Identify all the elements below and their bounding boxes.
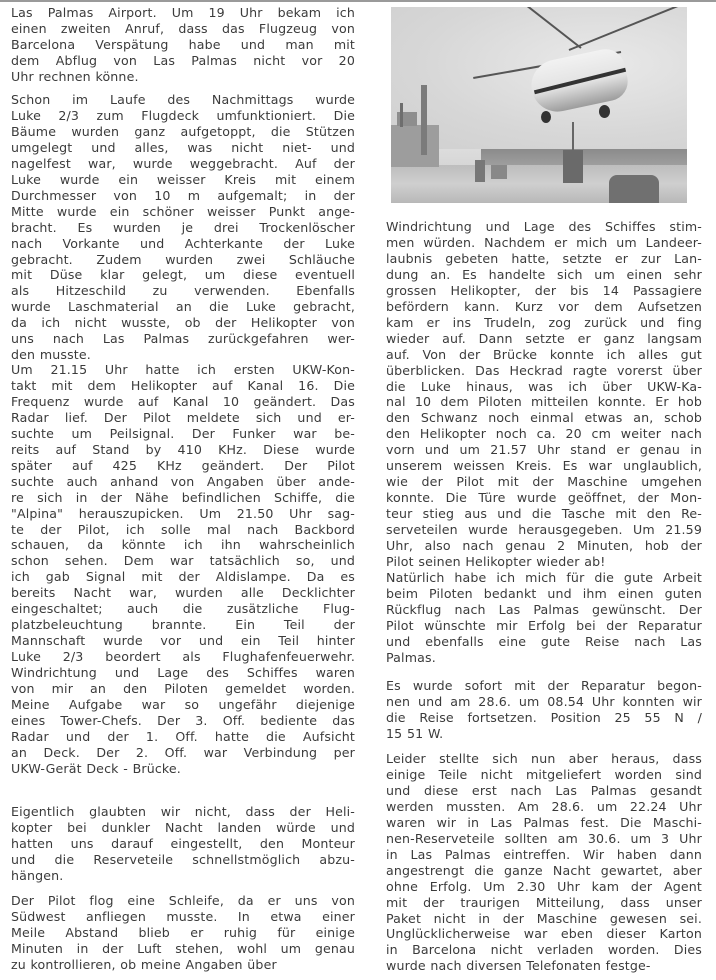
- text-line: schauen, da könnte ich ihn wahrscheinlic…: [11, 537, 355, 553]
- paragraph-missing-parts: Leider stellte sich nun aber heraus, das…: [386, 751, 702, 974]
- text-line: suchte um Peilsignal. Der Funker war be-: [11, 426, 355, 442]
- text-line: hatten uns darauf eingestellt, den Monte…: [11, 836, 355, 852]
- text-line: men würden. Nachdem er mich um Landeer-: [386, 235, 702, 251]
- text-line: laubnis gebeten hatte, setzte er zur Lan…: [386, 251, 702, 267]
- text-line: Barcelona Verspätung habe und man mit: [11, 37, 355, 53]
- text-line: vorn und um 21.57 Uhr stand er genau in: [386, 442, 702, 458]
- paragraph-airport-call: Las Palmas Airport. Um 19 Uhr bekam iche…: [11, 5, 355, 85]
- paragraph-flight-deck-prep: Schon im Laufe des Nachmittags wurdeLuke…: [11, 92, 355, 363]
- text-line: grossen Helikopter, der bis 14 Passagier…: [386, 283, 702, 299]
- text-line: Paket nicht in der Maschine gewesen sei.: [386, 911, 702, 927]
- text-line: 15 51 W.: [386, 726, 702, 742]
- text-line: Windrichtung und Lage des Schiffes waren: [11, 665, 355, 681]
- text-line: später auf 425 KHz geändert. Der Pilot: [11, 458, 355, 474]
- text-line: Schon im Laufe des Nachmittags wurde: [11, 92, 355, 108]
- text-line: Eigentlich glaubten wir nicht, dass der …: [11, 804, 355, 820]
- text-line: einige Teile nicht mitgeliefert worden s…: [386, 767, 702, 783]
- text-line: Mitte wurde ein schöner weisser Punkt an…: [11, 204, 355, 220]
- text-line: te der Pilot, ich solle mal nach Backbor…: [11, 522, 355, 538]
- text-line: wieder auf. Dann setzte er ganz langsam: [386, 331, 702, 347]
- text-line: bereits Nacht war, wurden alle Decklicht…: [11, 585, 355, 601]
- text-line: Meile Abstand blieb er ruhig für einige: [11, 925, 355, 941]
- text-line: Las Palmas Airport. Um 19 Uhr bekam ich: [11, 5, 355, 21]
- text-line: und die Reserveteile schnellstmöglich ab…: [11, 852, 355, 868]
- paragraph-radio-contact: Um 21.15 Uhr hatte ich ersten UKW-Kon-ta…: [11, 362, 355, 777]
- text-line: wurde Laschmaterial an die Luke gebracht…: [11, 299, 355, 315]
- text-line: Windrichtung und Lage des Schiffes stim-: [386, 219, 702, 235]
- text-line: mit der traurigen Mitteilung, dass unser: [386, 895, 702, 911]
- text-line: überblicken. Das Heckrad ragte vorerst ü…: [386, 363, 702, 379]
- text-line: Luke 2/3 beordert als Flughafenfeuerwehr…: [11, 649, 355, 665]
- text-line: Leider stellte sich nun aber heraus, das…: [386, 751, 702, 767]
- text-line: platzbeleuchtung brannte. Ein Teil der: [11, 617, 355, 633]
- text-line: Minuten in der Luft stehen, wohl um gena…: [11, 941, 355, 957]
- text-line: Um 21.15 Uhr hatte ich ersten UKW-Kon-: [11, 362, 355, 378]
- text-line: werden mussten. Am 28.6. um 22.24 Uhr: [386, 799, 702, 815]
- text-line: Luke 2/3 zum Flugdeck umfunktioniert. Di…: [11, 108, 355, 124]
- text-line: konnte. Die Türe wurde geöffnet, der Mon…: [386, 490, 702, 506]
- text-line: den Helikopter noch ca. 20 cm weiter nac…: [386, 426, 702, 442]
- photo-funnel-mast: [421, 85, 427, 155]
- text-line: Radar lief. Der Pilot meldete sich und e…: [11, 410, 355, 426]
- text-line: UKW-Gerät Deck - Brücke.: [11, 761, 355, 777]
- text-line: umgelegt und alles, was nicht niet- und: [11, 140, 355, 156]
- text-line: teur stieg aus und die Tasche mit den Re…: [386, 506, 702, 522]
- text-line: angestrengt die ganze Nacht gewartet, ab…: [386, 863, 702, 879]
- text-line: Unglücklicherweise war eben dieser Karto…: [386, 926, 702, 942]
- paragraph-expectation: Eigentlich glaubten wir nicht, dass der …: [11, 804, 355, 884]
- text-line: takt mit dem Helikopter auf Kanal 16. Di…: [11, 378, 355, 394]
- text-line: Südwest anfliegen musste. In etwa einer: [11, 909, 355, 925]
- photo-cargo-load: [563, 150, 583, 183]
- text-line: hängen.: [11, 868, 355, 884]
- text-line: re sich in der Nähe befindlichen Schiffe…: [11, 490, 355, 506]
- text-line: Uhr rechnen könne.: [11, 69, 355, 85]
- text-line: Rückflug nach Las Palmas gewünscht. Der: [386, 602, 702, 618]
- text-line: eingeschaltet; auch die zusätzliche Flug…: [11, 601, 355, 617]
- text-line: kam er ins Trudeln, zog zurück und fing: [386, 315, 702, 331]
- text-line: uns nach Las Palmas zurückgefahren wer-: [11, 331, 355, 347]
- text-line: in Barcelona nicht verladen worden. Dies: [386, 942, 702, 958]
- text-line: Pilot seinen Helikopter wieder ab!: [386, 554, 702, 570]
- paragraph-approach: Der Pilot flog eine Schleife, da er uns …: [11, 893, 355, 973]
- text-line: wurde nach diversen Telefonaten festge-: [386, 958, 702, 974]
- photo-deck-post: [475, 160, 485, 182]
- text-line: dung an. Es handelte sich um einen sehr: [386, 267, 702, 283]
- text-line: nagelfest war, wurde weggebracht. Auf de…: [11, 156, 355, 172]
- text-line: ich gab Signal mit der Aldislampe. Da es: [11, 569, 355, 585]
- text-line: Durchmesser von 10 m aufgemalt; in der: [11, 188, 355, 204]
- text-line: und diese erst nach Las Palmas gesandt: [386, 783, 702, 799]
- text-line: Meine Aufgabe war so ungefähr diejenige: [11, 697, 355, 713]
- photo-sling-rope: [572, 122, 574, 152]
- text-line: Uhr, also nach genau 2 Minuten, hob der: [386, 538, 702, 554]
- text-line: serveteilen wurde herausgegeben. Um 21.5…: [386, 522, 702, 538]
- paragraph-thanks: Natürlich habe ich mich für die gute Arb…: [386, 570, 702, 666]
- text-line: als Hitzeschild zu verwenden. Ebenfalls: [11, 283, 355, 299]
- text-line: unserem weissen Kreis. Es war unglaublic…: [386, 458, 702, 474]
- text-line: eines Tower-Chefs. Der 3. Off. bediente …: [11, 713, 355, 729]
- text-line: Frequenz wurde auf Kanal 10 geändert. Da…: [11, 394, 355, 410]
- text-line: mit Düse klar gelegt, um diese eventuell: [11, 267, 355, 283]
- text-line: kopter bei dunkler Nacht landen würde un…: [11, 820, 355, 836]
- text-line: und ebenfalls eine gute Reise nach Las: [386, 634, 702, 650]
- photo-helicopter-wheel: [541, 111, 551, 123]
- text-line: den musste.: [11, 347, 355, 363]
- text-line: reits auf Stand by 410 KHz. Diese wurde: [11, 442, 355, 458]
- photo-deck-post: [491, 165, 507, 179]
- text-line: bracht. Es wurden je drei Trockenlöscher: [11, 220, 355, 236]
- text-line: von mir an den Piloten gemeldet worden.: [11, 681, 355, 697]
- text-line: den Schwanz noch einmal etwas an, schob: [386, 410, 702, 426]
- text-line: waren wir in Las Palmas fest. Die Maschi…: [386, 815, 702, 831]
- text-line: Natürlich habe ich mich für die gute Arb…: [386, 570, 702, 586]
- paragraph-repair: Es wurde sofort mit der Reparatur begon-…: [386, 678, 702, 742]
- text-line: an Deck. Der 2. Off. war Verbindung per: [11, 745, 355, 761]
- text-line: nen-Reserveteile sollten am 30.6. um 3 U…: [386, 831, 702, 847]
- text-line: nach Vorkante und Achterkante der Luke: [11, 236, 355, 252]
- photo-ship-superstructure: [391, 125, 439, 167]
- page-top-rule: [0, 0, 716, 2]
- text-line: dem Abflug von Las Palmas nicht vor 20: [11, 53, 355, 69]
- text-line: "Alpina" herauszupicken. Um 21.50 Uhr sa…: [11, 506, 355, 522]
- text-line: die Luke hinaus, was ich über UKW-Ka-: [386, 379, 702, 395]
- text-line: Palmas.: [386, 650, 702, 666]
- text-line: befördern kann. Kurz vor dem Aufsetzen: [386, 299, 702, 315]
- text-line: beim Piloten bedankt und ihm einen guten: [386, 586, 702, 602]
- text-line: nal 10 dem Piloten mitteilen konnte. Er …: [386, 394, 702, 410]
- text-line: ohne Erfolg. Um 2.30 Uhr kam der Agent: [386, 879, 702, 895]
- text-line: in Las Palmas eintreffen. Wir haben dann: [386, 847, 702, 863]
- text-line: die Reise fortsetzen. Position 25 55 N /: [386, 710, 702, 726]
- text-line: Luke wurde ein weisser Kreis mit einem: [11, 172, 355, 188]
- text-line: einen zweiten Anruf, dass das Flugzeug v…: [11, 21, 355, 37]
- text-line: wie der Pilot mit der Maschine umgehen: [386, 474, 702, 490]
- text-line: Der Pilot flog eine Schleife, da er uns …: [11, 893, 355, 909]
- paragraph-landing: Windrichtung und Lage des Schiffes stim-…: [386, 219, 702, 570]
- text-line: gebracht. Zudem wurden zwei Schläuche: [11, 252, 355, 268]
- text-line: Radar und der 1. Off. hatte die Aufsicht: [11, 729, 355, 745]
- helicopter-photo: [391, 7, 687, 203]
- photo-helicopter-wheel: [599, 105, 610, 118]
- text-line: Es wurde sofort mit der Reparatur begon-: [386, 678, 702, 694]
- text-line: Bäume wurden ganz aufgetoppt, die Stütze…: [11, 124, 355, 140]
- text-line: zu kontrollieren, ob meine Angaben über: [11, 957, 355, 973]
- text-line: schon sehen. Dem war tatsächlich so, und: [11, 553, 355, 569]
- text-line: suchte auch anhand von Angaben über ande…: [11, 474, 355, 490]
- photo-radar-mast: [400, 103, 403, 127]
- text-line: nen und am 28.6. um 08.54 Uhr konnten wi…: [386, 694, 702, 710]
- text-line: da ich nicht wusste, ob der Helikopter v…: [11, 315, 355, 331]
- text-line: auf. Von der Brücke konnte ich alles gut: [386, 347, 702, 363]
- photo-deck-winch: [609, 175, 659, 203]
- text-line: Mannschaft wurde vor und ein Teil hinter: [11, 633, 355, 649]
- text-line: Pilot wünschte mir Erfolg bei der Repara…: [386, 618, 702, 634]
